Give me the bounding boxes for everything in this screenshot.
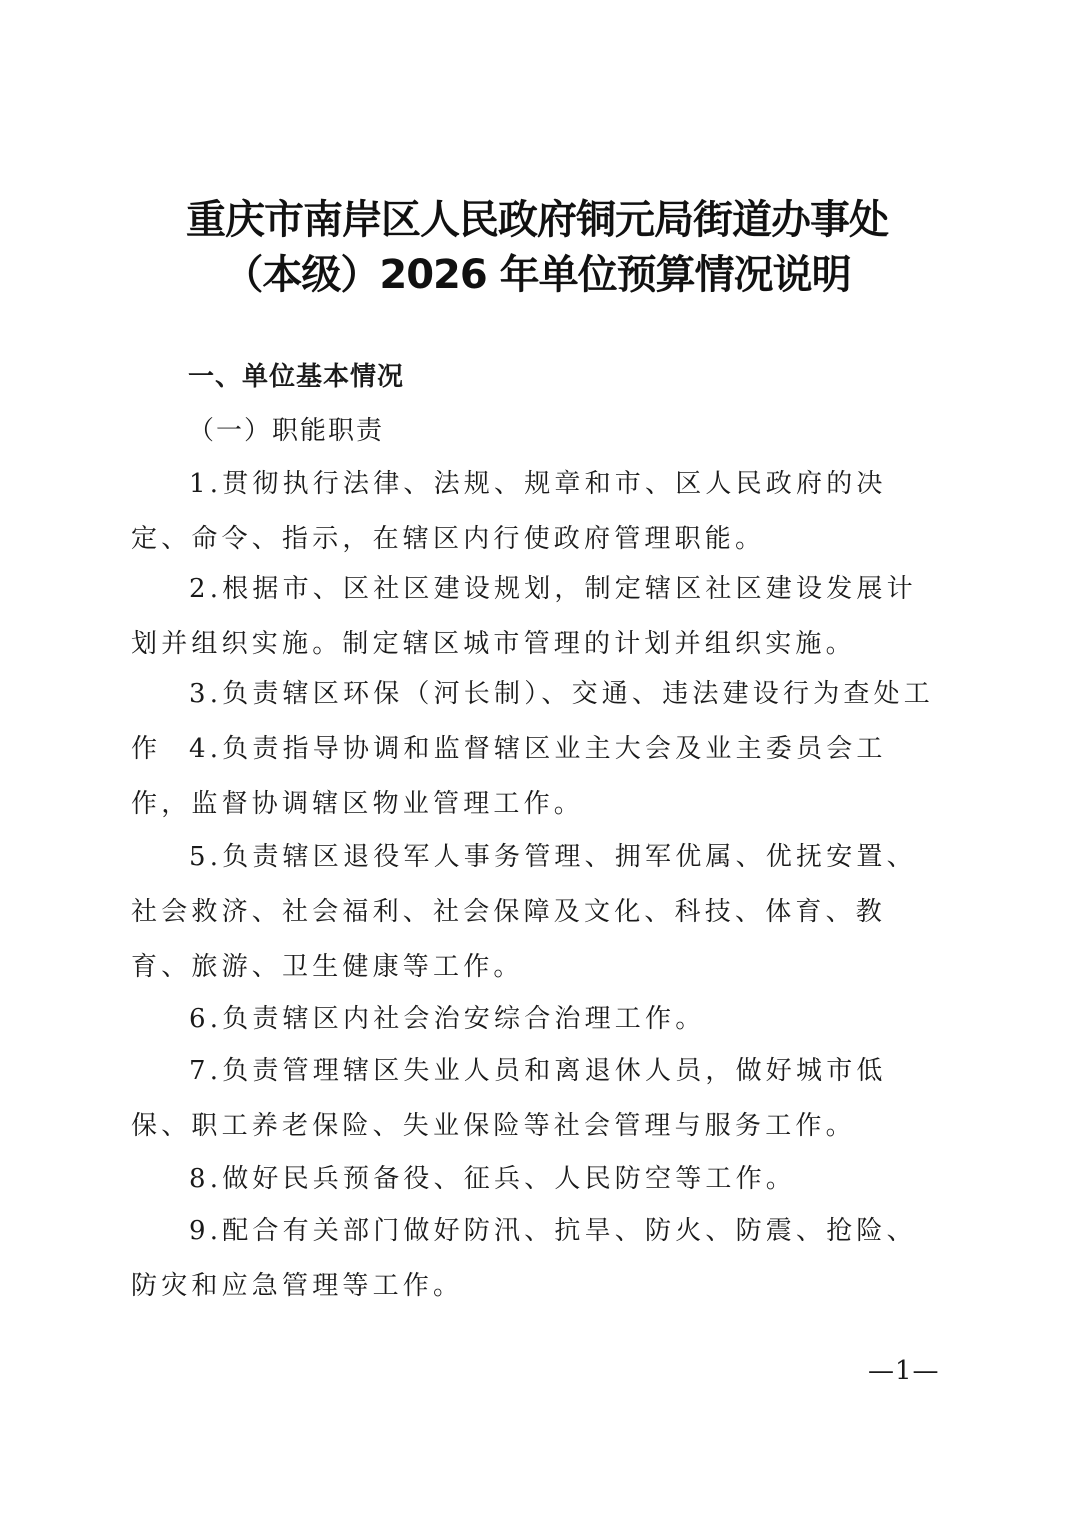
page-number: —1— [868, 1356, 940, 1386]
paragraph-item-8: 8.做好民兵预备役、征兵、人民防空等工作。 [131, 1152, 946, 1207]
paragraph-item-6: 6.负责辖区内社会治安综合治理工作。 [131, 992, 946, 1047]
subsection-heading: （一）职能职责 [188, 410, 384, 447]
paragraph-item-9: 9.配合有关部门做好防汛、抗旱、防火、防震、抢险、防灾和应急管理等工作。 [131, 1204, 946, 1314]
paragraph-item-7: 7.负责管理辖区失业人员和离退休人员，做好城市低保、职工养老保险、失业保险等社会… [131, 1044, 946, 1154]
paragraph-item-5: 5.负责辖区退役军人事务管理、拥军优属、优抚安置、社会救济、社会福利、社会保障及… [131, 830, 946, 995]
document-title-line-1: 重庆市南岸区人民政府铜元局街道办事处 [0, 188, 1074, 245]
paragraph-item-1: 1.贯彻执行法律、法规、规章和市、区人民政府的决定、命令、指示，在辖区内行使政府… [131, 457, 946, 567]
document-page: 重庆市南岸区人民政府铜元局街道办事处 （本级）2026 年单位预算情况说明 一、… [0, 0, 1074, 1520]
document-title-line-2: （本级）2026 年单位预算情况说明 [0, 243, 1074, 300]
section-heading: 一、单位基本情况 [188, 356, 404, 393]
paragraph-item-2: 2.根据市、区社区建设规划，制定辖区社区建设发展计划并组织实施。制定辖区城市管理… [131, 562, 946, 672]
paragraph-item-4: 4.负责指导协调和监督辖区业主大会及业主委员会工作，监督协调辖区物业管理工作。 [131, 722, 946, 832]
